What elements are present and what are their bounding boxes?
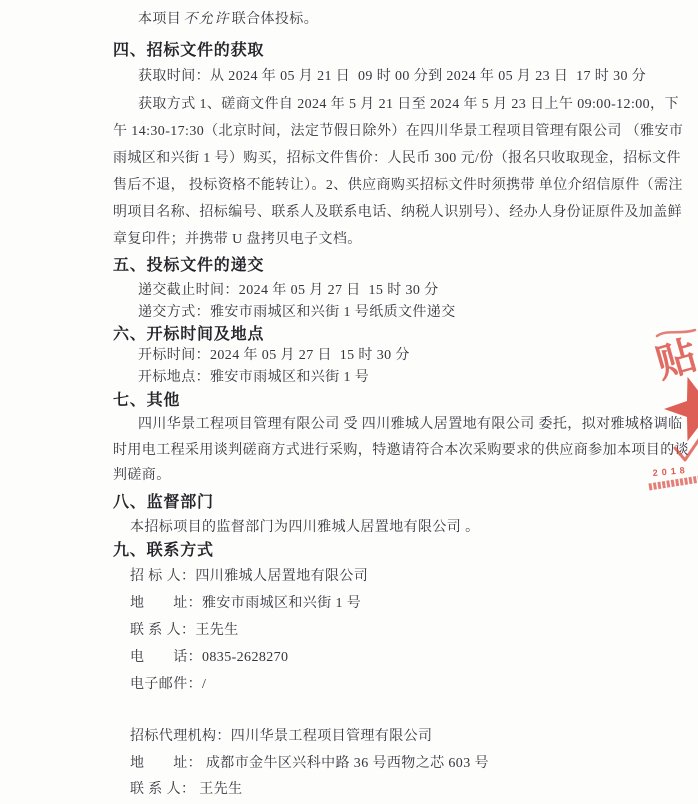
red-seal-stamp: 贴 2018 xyxy=(645,326,698,498)
seal-arc-stroke xyxy=(657,330,695,336)
seal-band-stroke xyxy=(649,479,698,487)
supervision-body-line: 本招标项目的监督部门为四川雅城人居置地有限公司 。 xyxy=(130,519,480,537)
tenderer-contact-line: 联 系 人：王先生 xyxy=(130,622,239,640)
document-page: 本项目不允许联合体投标。 四、招标文件的获取 获取时间：从 2024 年 05 … xyxy=(0,0,698,804)
submission-deadline-line: 递交截止时间：2024 年 05 月 27 日 15 时 30 分 xyxy=(138,282,439,300)
obtain-method-line-2: 午 14:30-17:30（北京时间，法定节假日除外）在四川华景工程项目管理有限… xyxy=(113,123,683,141)
opening-time-line: 开标时间：2024 年 05 月 27 日 15 时 30 分 xyxy=(138,347,410,365)
section-heading-obtain-documents: 四、招标文件的获取 xyxy=(113,41,264,60)
section-heading-bid-opening: 六、开标时间及地点 xyxy=(113,325,264,344)
section-heading-supervision: 八、监督部门 xyxy=(113,493,214,512)
obtain-method-line-6: 章复印件；并携带 U 盘拷贝电子文档。 xyxy=(113,231,362,249)
tenderer-name-line: 招 标 人：四川雅城人居置地有限公司 xyxy=(130,568,368,586)
agency-address-line: 地 址： 成都市金牛区兴科中路 36 号西物之芯 603 号 xyxy=(130,755,489,773)
section-heading-contact: 九、联系方式 xyxy=(113,541,214,560)
section-heading-bid-submission: 五、投标文件的递交 xyxy=(113,256,264,275)
intro-prefix: 本项目 xyxy=(138,12,181,27)
others-line-1: 四川华景工程项目管理有限公司 受 四川雅城人居置地有限公司 委托，拟对雅城格调临 xyxy=(138,416,683,434)
others-line-3: 判磋商。 xyxy=(113,467,171,485)
section-heading-others: 七、其他 xyxy=(113,391,180,410)
submission-method-line: 递交方式：雅安市雨城区和兴街 1 号纸质文件递交 xyxy=(138,304,456,322)
obtain-method-line-5: 明项目名称、招标编号、联系人及联系电话、纳税人识别号）、经办人身份证原件及加盖鲜 xyxy=(113,204,682,222)
intro-line: 本项目不允许联合体投标。 xyxy=(138,11,318,29)
seal-digits: 2018 xyxy=(652,465,689,478)
others-line-2: 时用电工程采用谈判磋商方式进行采购，特邀请符合本次采购要求的供应商参加本项目的谈 xyxy=(113,442,689,460)
seal-character: 贴 xyxy=(651,333,698,386)
intro-suffix: 联合体投标。 xyxy=(232,12,318,27)
tenderer-email-line: 电子邮件：/ xyxy=(130,676,206,694)
intro-emphasis: 不允许 xyxy=(181,12,232,27)
agency-contact-line: 联 系 人： 王先生 xyxy=(130,781,243,799)
agency-name-line: 招标代理机构：四川华景工程项目管理有限公司 xyxy=(130,728,432,746)
tenderer-phone-line: 电 话：0835-2628270 xyxy=(130,649,288,667)
obtain-method-line-1: 获取方式 1、磋商文件自 2024 年 5 月 21 日至 2024 年 5 月… xyxy=(138,96,679,114)
tenderer-address-line: 地 址：雅安市雨城区和兴街 1 号 xyxy=(130,595,361,613)
obtain-method-line-4: 售后不退， 投标资格不能转让）。2、供应商购买招标文件时须携带 单位介绍信原件（… xyxy=(113,177,683,195)
obtain-time-line: 获取时间：从 2024 年 05 月 21 日 09 时 00 分到 2024 … xyxy=(138,68,646,86)
opening-place-line: 开标地点：雅安市雨城区和兴街 1 号 xyxy=(138,369,369,387)
obtain-method-line-3: 雨城区和兴街 1 号）购买，招标文件售价：人民币 300 元/份（报名只收取现金… xyxy=(113,150,681,168)
